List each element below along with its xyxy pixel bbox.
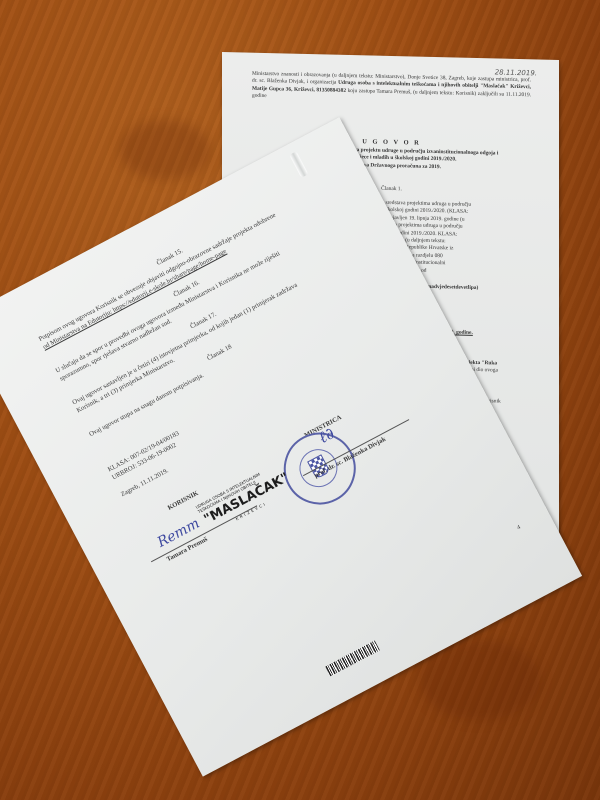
table-stain [120,120,210,180]
article-17-body: Ovaj ugovor sastavljen je u četiri (4) i… [71,241,379,416]
page-number: 4 [516,525,521,532]
barcode [325,640,380,676]
contract-intro: Ministarstvo znanosti i obrazovanja (u d… [252,71,531,107]
korisnik-label: KORISNIK [166,489,200,513]
paper-fold [289,151,308,178]
